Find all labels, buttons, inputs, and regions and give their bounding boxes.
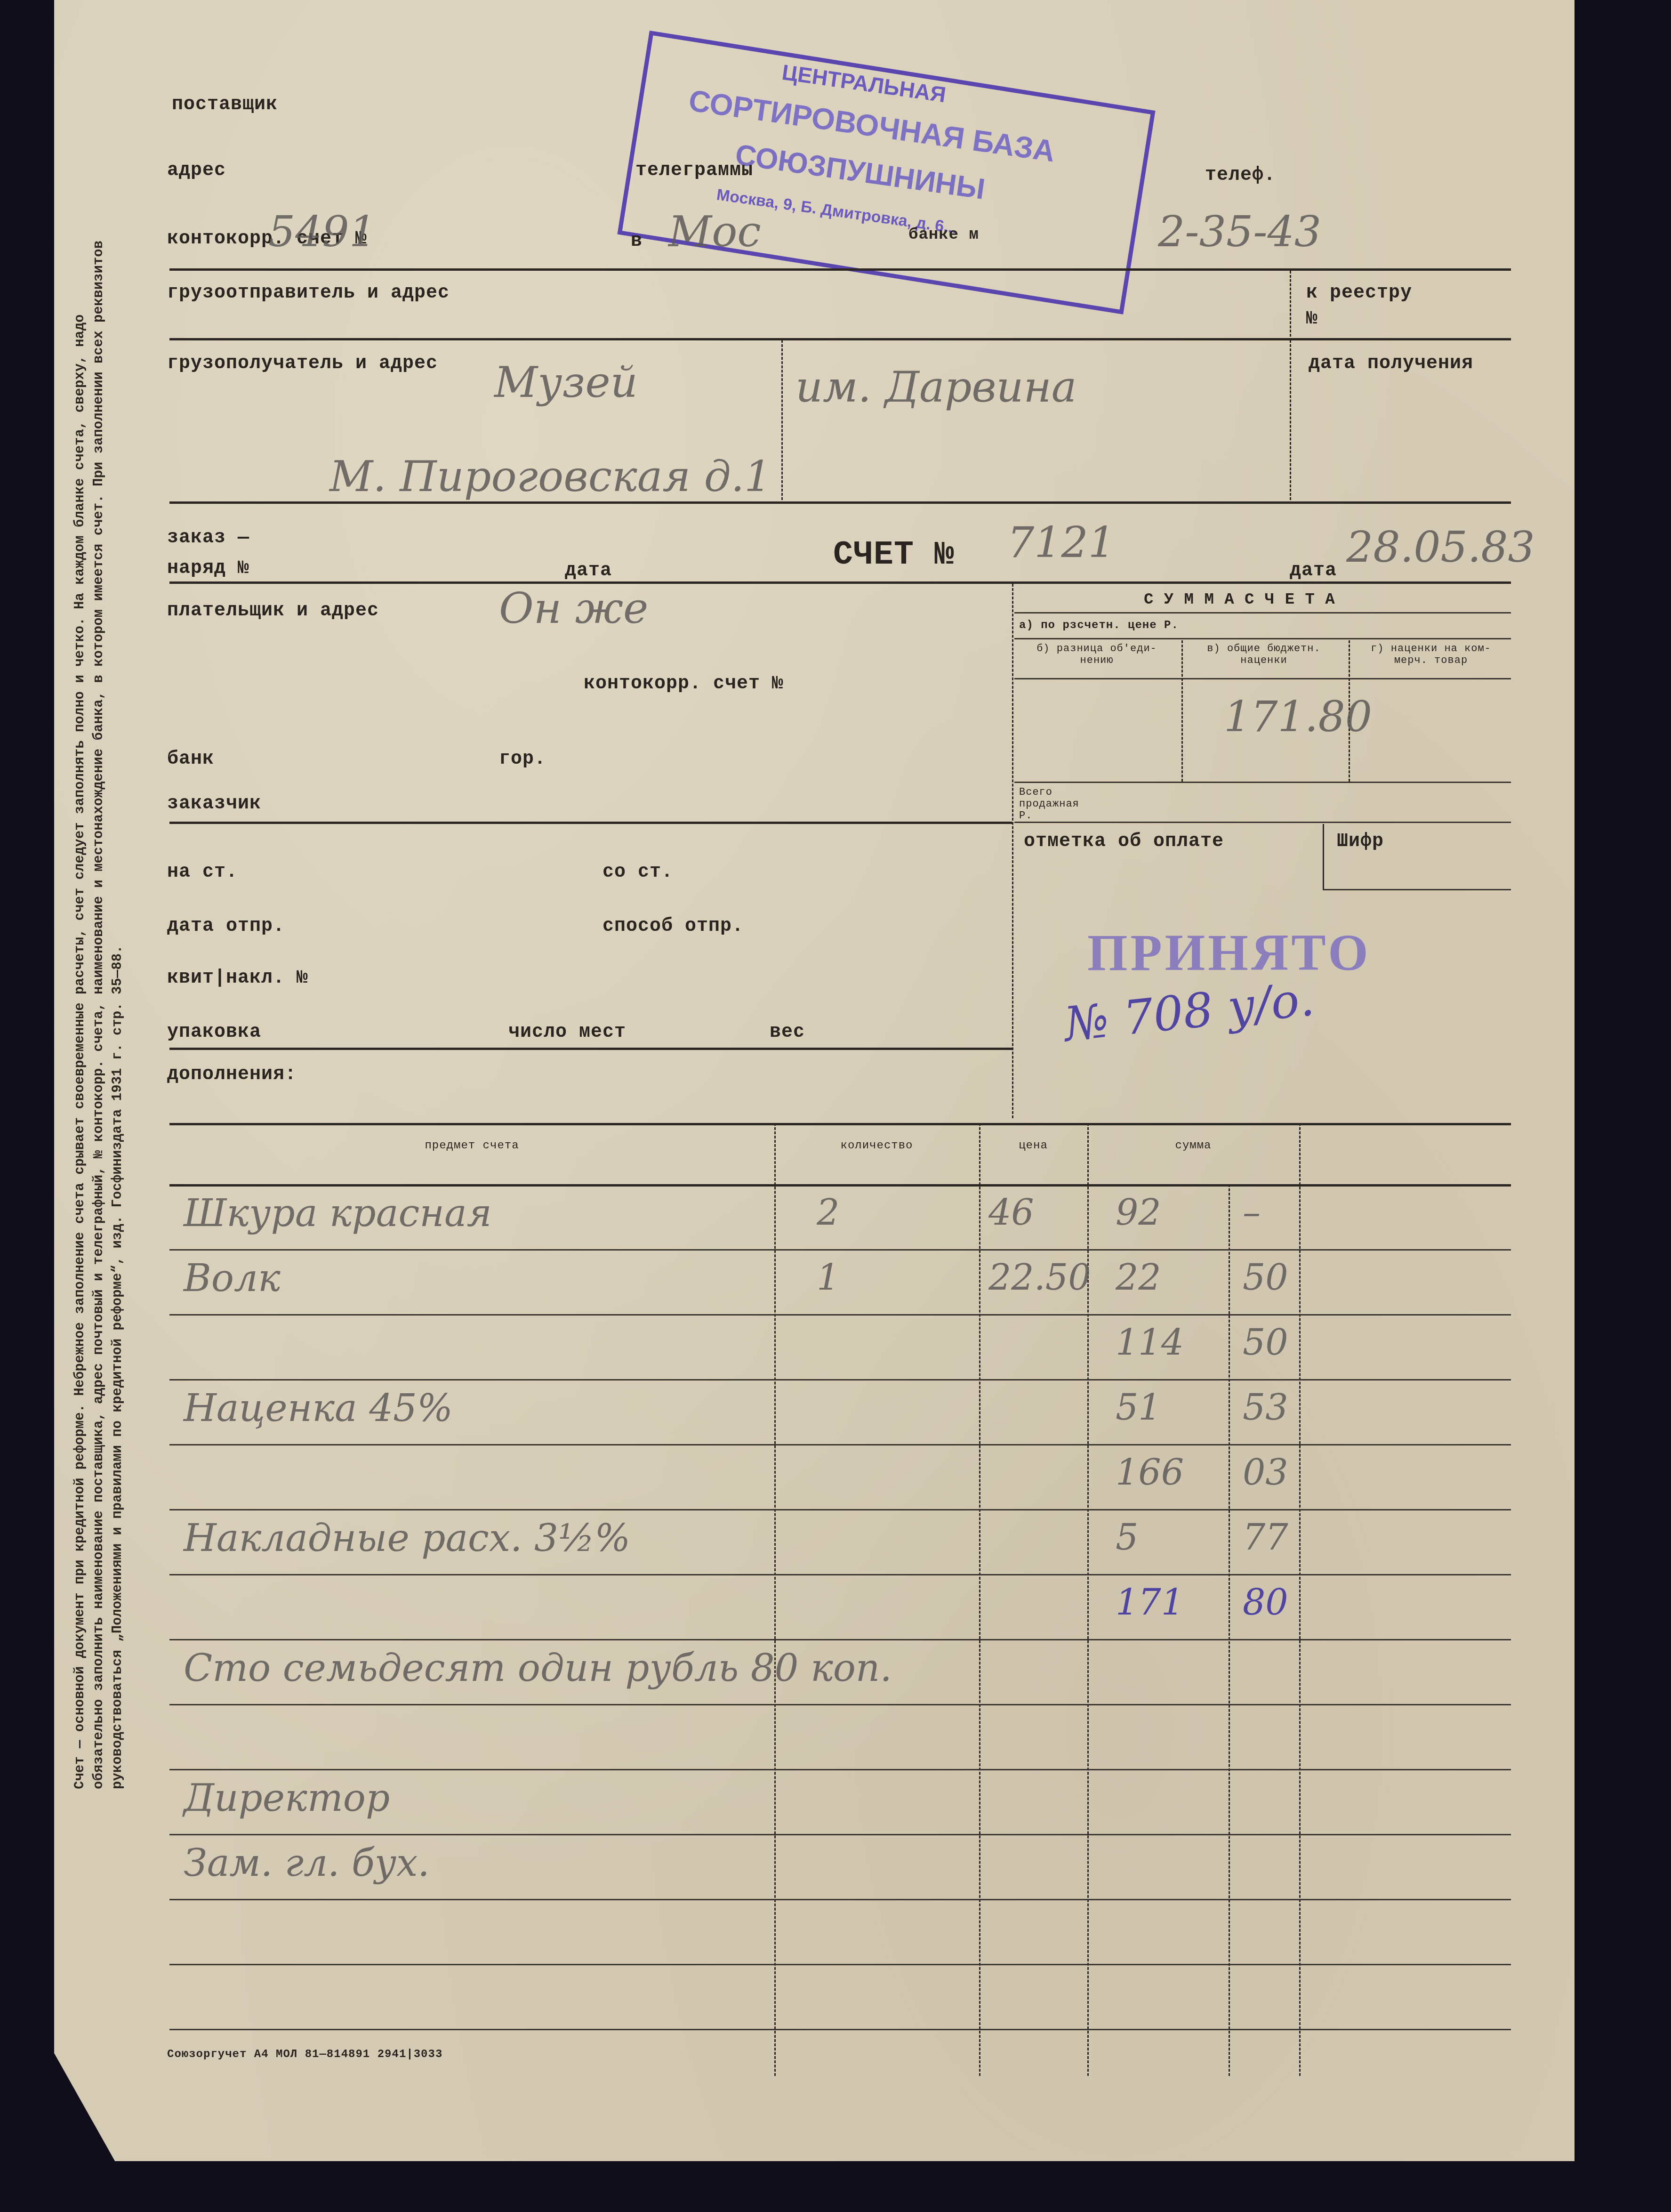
divider bbox=[169, 1574, 1511, 1575]
item-sum-kopecks: 77 bbox=[1243, 1516, 1288, 1558]
divider bbox=[169, 1123, 1511, 1125]
divider bbox=[979, 1123, 980, 2076]
invoice-number-label: СЧЕТ № bbox=[833, 537, 955, 574]
bank-label: банке м bbox=[908, 226, 979, 244]
payer-account-label: контокорр. счет № bbox=[584, 673, 784, 694]
divider bbox=[169, 1249, 1511, 1251]
divider bbox=[169, 581, 1511, 584]
divider bbox=[169, 1899, 1511, 1900]
divider bbox=[169, 1769, 1511, 1770]
order-label-1: заказ — bbox=[167, 527, 249, 549]
shipper-label: грузоотправитель и адрес bbox=[167, 283, 450, 304]
in-value: Мос bbox=[668, 207, 761, 257]
supplier-label: поставщик bbox=[172, 94, 278, 115]
item-qty: 2 bbox=[817, 1191, 839, 1233]
item-price: 22.50 bbox=[988, 1256, 1091, 1298]
order-date-label: дата bbox=[565, 560, 612, 581]
sum-total-label: Всего продажная Р. bbox=[1019, 786, 1090, 822]
sum-col-v: в) общие бюджетн. наценки bbox=[1186, 643, 1342, 666]
item-sum-kopecks: 80 bbox=[1243, 1581, 1288, 1623]
divider bbox=[1323, 824, 1324, 890]
item-sum-rubles: 22 bbox=[1116, 1256, 1161, 1298]
in-label: в bbox=[631, 231, 643, 252]
item-price: 46 bbox=[988, 1191, 1034, 1233]
divider bbox=[169, 1184, 1511, 1187]
divider bbox=[1014, 782, 1511, 783]
divider bbox=[169, 268, 1511, 271]
divider bbox=[169, 501, 1511, 504]
item-name: Зам. гл. бух. bbox=[184, 1841, 430, 1885]
invoice-date-label: дата bbox=[1290, 560, 1337, 581]
item-name: Шкура красная bbox=[184, 1191, 492, 1235]
divider bbox=[781, 340, 783, 500]
invoice-number-value: 7121 bbox=[1007, 518, 1115, 567]
ship-method-label: способ отпр. bbox=[603, 916, 744, 937]
telegrams-label: телеграммы bbox=[635, 160, 753, 181]
packing-label: упаковка bbox=[167, 1022, 261, 1043]
item-sum-rubles: 5 bbox=[1116, 1516, 1138, 1558]
divider bbox=[1014, 612, 1511, 614]
from-station-label: со ст. bbox=[603, 862, 673, 883]
divider bbox=[169, 1704, 1511, 1705]
cipher-label: Шифр bbox=[1337, 831, 1384, 852]
table-header: предмет счета bbox=[169, 1139, 774, 1152]
phone-label: телеф. bbox=[1205, 165, 1276, 186]
divider bbox=[1012, 584, 1013, 1118]
divider bbox=[169, 1379, 1511, 1380]
invoice-date-value: 28.05.83 bbox=[1346, 523, 1535, 572]
payer-city-label: гор. bbox=[499, 749, 546, 770]
divider bbox=[169, 822, 1012, 824]
item-sum-kopecks: 50 bbox=[1243, 1256, 1288, 1298]
side-instructions: Счет — основной документ при кредитной р… bbox=[71, 235, 127, 1789]
item-sum-rubles: 171 bbox=[1116, 1581, 1184, 1623]
pieces-label: число мест bbox=[508, 1022, 626, 1043]
item-name: Директор bbox=[184, 1776, 390, 1820]
consignee-value-1a: Музей bbox=[494, 358, 638, 407]
divider bbox=[1323, 889, 1511, 890]
item-qty: 1 bbox=[817, 1256, 839, 1298]
item-name: Наценка 45% bbox=[184, 1386, 453, 1430]
divider bbox=[169, 1964, 1511, 1965]
item-sum-rubles: 92 bbox=[1116, 1191, 1161, 1233]
receipt-no-label: квит|накл. № bbox=[167, 968, 308, 989]
divider bbox=[169, 1509, 1511, 1510]
to-station-label: на ст. bbox=[167, 862, 238, 883]
divider bbox=[1014, 822, 1511, 823]
additions-label: дополнения: bbox=[167, 1064, 297, 1085]
divider bbox=[169, 1048, 1012, 1050]
weight-label: вес bbox=[770, 1022, 805, 1043]
item-sum-rubles: 166 bbox=[1116, 1451, 1184, 1493]
divider bbox=[169, 1639, 1511, 1640]
table-header: количество bbox=[774, 1139, 979, 1152]
receipt-date-label: дата получения bbox=[1309, 353, 1473, 374]
divider bbox=[1229, 1184, 1230, 2076]
item-name: Волк bbox=[184, 1256, 281, 1300]
divider bbox=[169, 1314, 1511, 1316]
divider bbox=[774, 1123, 776, 2076]
sum-row-a: а) по рзсчетн. цене Р. bbox=[1019, 619, 1179, 632]
item-sum-kopecks: 03 bbox=[1243, 1451, 1288, 1493]
sum-col-b: б) разница об'еди- нению bbox=[1019, 643, 1174, 666]
divider bbox=[169, 1834, 1511, 1835]
sum-box-title: С У М М А С Ч Е Т А bbox=[1144, 591, 1335, 609]
divider bbox=[1014, 678, 1511, 679]
footer-print: Союзоргучет А4 МОЛ 81—814891 2941|3033 bbox=[167, 2048, 442, 2061]
divider bbox=[1299, 1123, 1301, 2076]
divider bbox=[1290, 340, 1291, 500]
ship-date-label: дата отпр. bbox=[167, 916, 285, 937]
table-header: сумма bbox=[1087, 1139, 1299, 1152]
address-label: адрес bbox=[167, 160, 226, 181]
payer-value: Он же bbox=[499, 584, 648, 633]
divider bbox=[1181, 640, 1183, 782]
divider bbox=[1290, 271, 1291, 337]
consignee-label: грузополучатель и адрес bbox=[167, 353, 438, 374]
sum-col-g: г) наценки на ком- мерч. товар bbox=[1353, 643, 1509, 666]
customer-label: заказчик bbox=[167, 793, 261, 815]
registry-no-label: № bbox=[1306, 308, 1318, 330]
item-sum-rubles: 51 bbox=[1116, 1386, 1161, 1428]
payer-label: плательщик и адрес bbox=[167, 600, 379, 622]
item-name: Сто семьдесят один рубль 80 коп. bbox=[184, 1646, 892, 1690]
payment-mark-label: отметка об оплате bbox=[1024, 831, 1224, 852]
divider bbox=[169, 338, 1511, 340]
account-value: 5491 bbox=[268, 207, 376, 257]
order-label-2: наряд № bbox=[167, 558, 249, 579]
payer-bank-label: банк bbox=[167, 749, 214, 770]
item-name: Накладные расх. 3½% bbox=[184, 1516, 630, 1560]
phone-value: 2-35-43 bbox=[1158, 207, 1321, 257]
item-sum-kopecks: – bbox=[1243, 1191, 1261, 1233]
divider bbox=[169, 1444, 1511, 1445]
sum-value-v: 171.80 bbox=[1224, 692, 1372, 742]
consignee-value-1b: им. Дарвина bbox=[795, 363, 1077, 412]
item-sum-kopecks: 50 bbox=[1243, 1321, 1288, 1363]
item-sum-rubles: 114 bbox=[1116, 1321, 1184, 1363]
consignee-value-2: М. Пироговская д.1 bbox=[329, 452, 771, 501]
table-header: цена bbox=[979, 1139, 1087, 1152]
item-sum-kopecks: 53 bbox=[1243, 1386, 1288, 1428]
registry-label: к реестру bbox=[1306, 283, 1412, 304]
accepted-stamp: ПРИНЯТО bbox=[1087, 923, 1371, 983]
divider bbox=[1014, 638, 1511, 639]
divider bbox=[169, 2029, 1511, 2030]
